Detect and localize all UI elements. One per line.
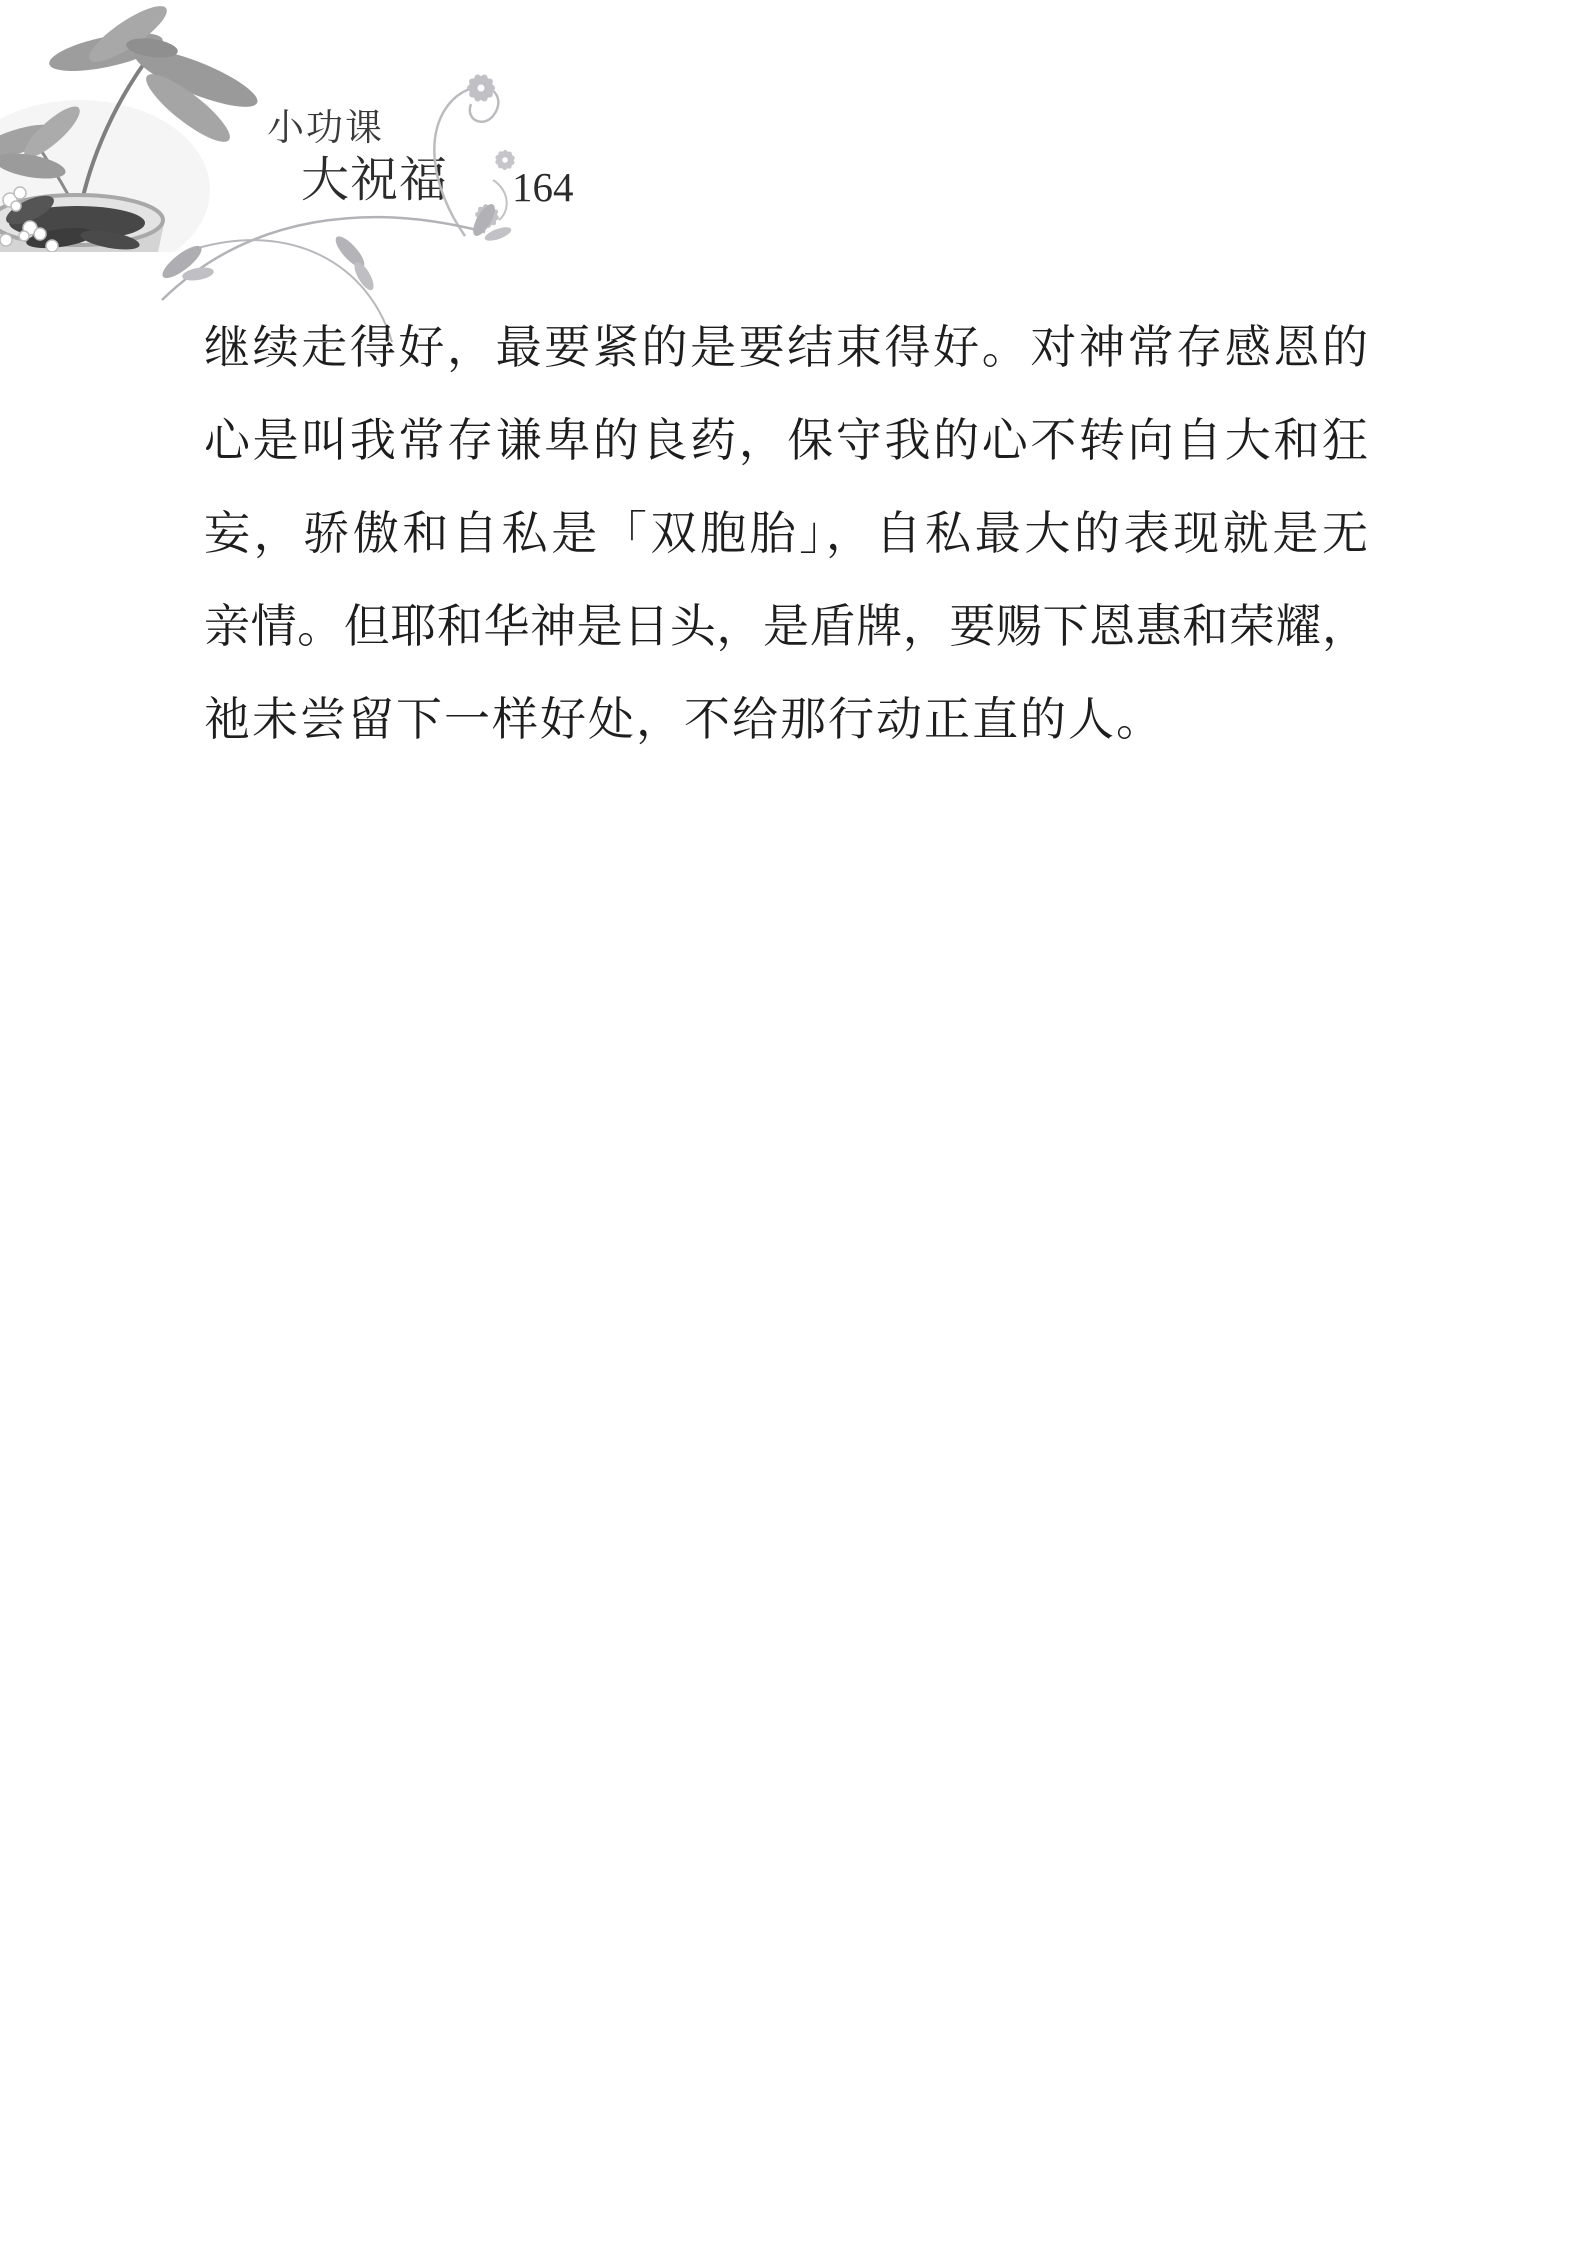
paragraph-line: 继续走得好，最要紧的是要结束得好。对神常存感恩的: [204, 301, 1368, 394]
paragraph-line: 妄，骄傲和自私是「双胞胎」，自私最大的表现就是无: [204, 487, 1368, 580]
paragraph-line: 心是叫我常存谦卑的良药，保守我的心不转向自大和狂: [204, 394, 1368, 487]
paragraph-line: 亲情。但耶和华神是日头，是盾牌，要赐下恩惠和荣耀，: [204, 580, 1368, 673]
body-paragraph: 继续走得好，最要紧的是要结束得好。对神常存感恩的 心是叫我常存谦卑的良药，保守我…: [204, 301, 1368, 766]
book-page: 小功课 大祝福 16: [0, 0, 1571, 2256]
paragraph-line: 祂未尝留下一样好处，不给那行动正直的人。: [204, 673, 1368, 766]
